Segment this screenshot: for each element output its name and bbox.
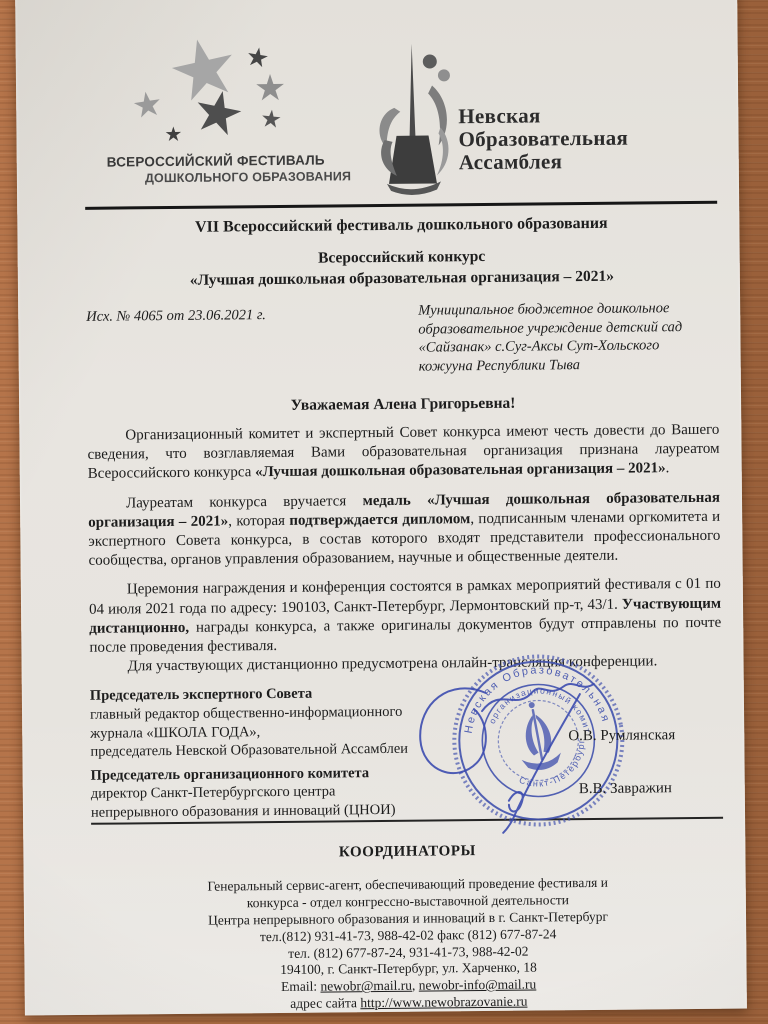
coordinators-block: Генеральный сервис-агент, обеспечивающий…: [92, 874, 725, 1014]
photo-of-document: { "colors": { "wood": "#a96a3e", "paper"…: [0, 0, 768, 1024]
assembly-logo-line1: Невская: [458, 104, 628, 129]
contest-title: Всероссийский конкурс: [86, 246, 718, 270]
link-text: newobr@mail.ru: [320, 978, 412, 994]
outgoing-number: Исх. № 4065 от 23.06.2021 г.: [86, 307, 266, 379]
assembly-logo-line3: Ассамблея: [459, 150, 629, 175]
paragraph-ceremony: Церемония награждения и конференция сост…: [89, 575, 722, 658]
expert-chair-name: О.В. Румлянская: [568, 728, 675, 746]
org-chair-name: В.В. Завражин: [579, 781, 672, 799]
addressee-line: образовательное учреждение детский сад: [418, 317, 718, 338]
assembly-logo-line2: Образовательная: [458, 127, 628, 152]
star-icon: ★: [187, 79, 249, 146]
addressee-block: Муниципальное бюджетное дошкольное образ…: [418, 299, 719, 376]
salutation: Уважаемая Алена Григорьевна!: [87, 393, 719, 417]
festival-logo: ★ ★ ★ ★ ★ ★ ★ ВСЕРОССИЙСКИЙ ФЕСТИВАЛЬ ДО…: [106, 42, 357, 194]
assembly-spire-icon: [366, 43, 462, 196]
star-icon: ★: [164, 124, 182, 144]
star-icon: ★: [130, 86, 165, 124]
coordinators-heading: КООРДИНАТОРЫ: [91, 841, 723, 864]
addressee-line: кожууна Республики Тыва: [419, 354, 719, 375]
signature-section: Председатель экспертного Совета главный …: [90, 681, 723, 815]
handwritten-signature: [390, 658, 672, 837]
festival-title: VII Всероссийский фестиваль дошкольного …: [85, 214, 717, 238]
letter-paper: ★ ★ ★ ★ ★ ★ ★ ВСЕРОССИЙСКИЙ ФЕСТИВАЛЬ ДО…: [15, 0, 747, 1015]
link-text: http://www.newobrazovanie.ru: [360, 994, 527, 1011]
paragraph-laureate: Организационный комитет и экспертный Сов…: [87, 421, 720, 485]
star-icon: ★: [254, 71, 287, 107]
letterhead: ★ ★ ★ ★ ★ ★ ★ ВСЕРОССИЙСКИЙ ФЕСТИВАЛЬ ДО…: [84, 49, 717, 203]
header-divider: [85, 201, 717, 210]
assembly-logo-text: Невская Образовательная Ассамблея: [458, 104, 628, 175]
reference-row: Исх. № 4065 от 23.06.2021 г. Муниципальн…: [86, 299, 719, 379]
contest-subtitle: «Лучшая дошкольная образовательная орган…: [86, 267, 718, 291]
paragraph-medal: Лауреатам конкурса вручается медаль «Луч…: [88, 488, 721, 571]
letter-content: ★ ★ ★ ★ ★ ★ ★ ВСЕРОССИЙСКИЙ ФЕСТИВАЛЬ ДО…: [84, 49, 725, 1015]
assembly-logo: Невская Образовательная Ассамблея: [366, 41, 707, 199]
star-icon: ★: [259, 106, 283, 132]
festival-logo-line2: ДОШКОЛЬНОГО ОБРАЗОВАНИЯ: [145, 169, 351, 185]
link-text: newobr-info@mail.ru: [419, 977, 537, 993]
festival-logo-line1: ВСЕРОССИЙСКИЙ ФЕСТИВАЛЬ: [107, 153, 325, 170]
